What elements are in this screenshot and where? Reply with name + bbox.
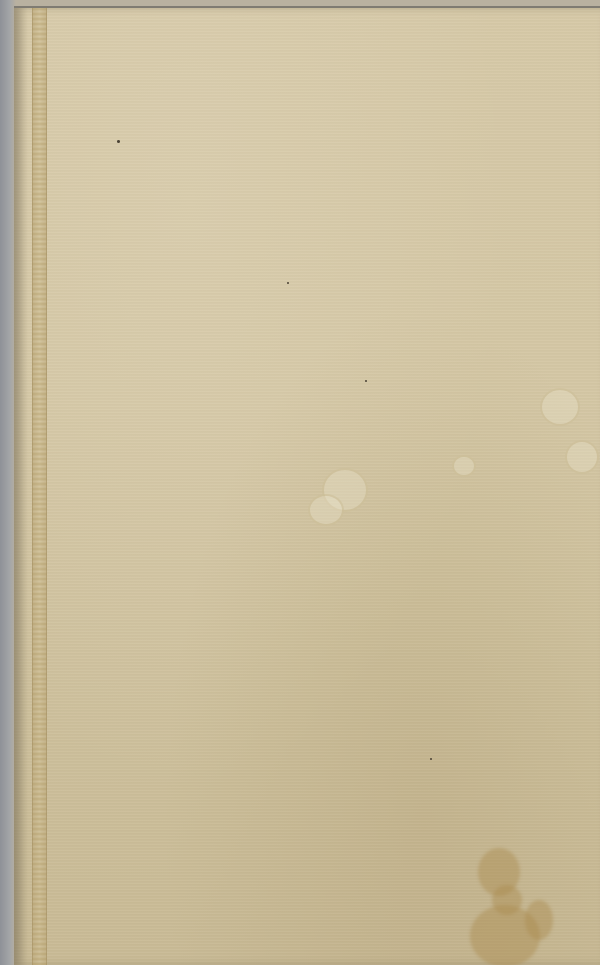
- water-stain: [308, 494, 344, 526]
- speck: [117, 140, 120, 143]
- water-stain: [565, 440, 599, 474]
- book-cover: [14, 8, 600, 965]
- speck: [287, 282, 289, 284]
- speck: [430, 758, 432, 760]
- spine-hinge-stripe: [32, 8, 47, 965]
- water-stain: [452, 455, 476, 477]
- water-stain-blot: [525, 900, 553, 940]
- water-stain: [540, 388, 580, 426]
- spine-shadow: [14, 8, 28, 965]
- speck: [365, 380, 367, 382]
